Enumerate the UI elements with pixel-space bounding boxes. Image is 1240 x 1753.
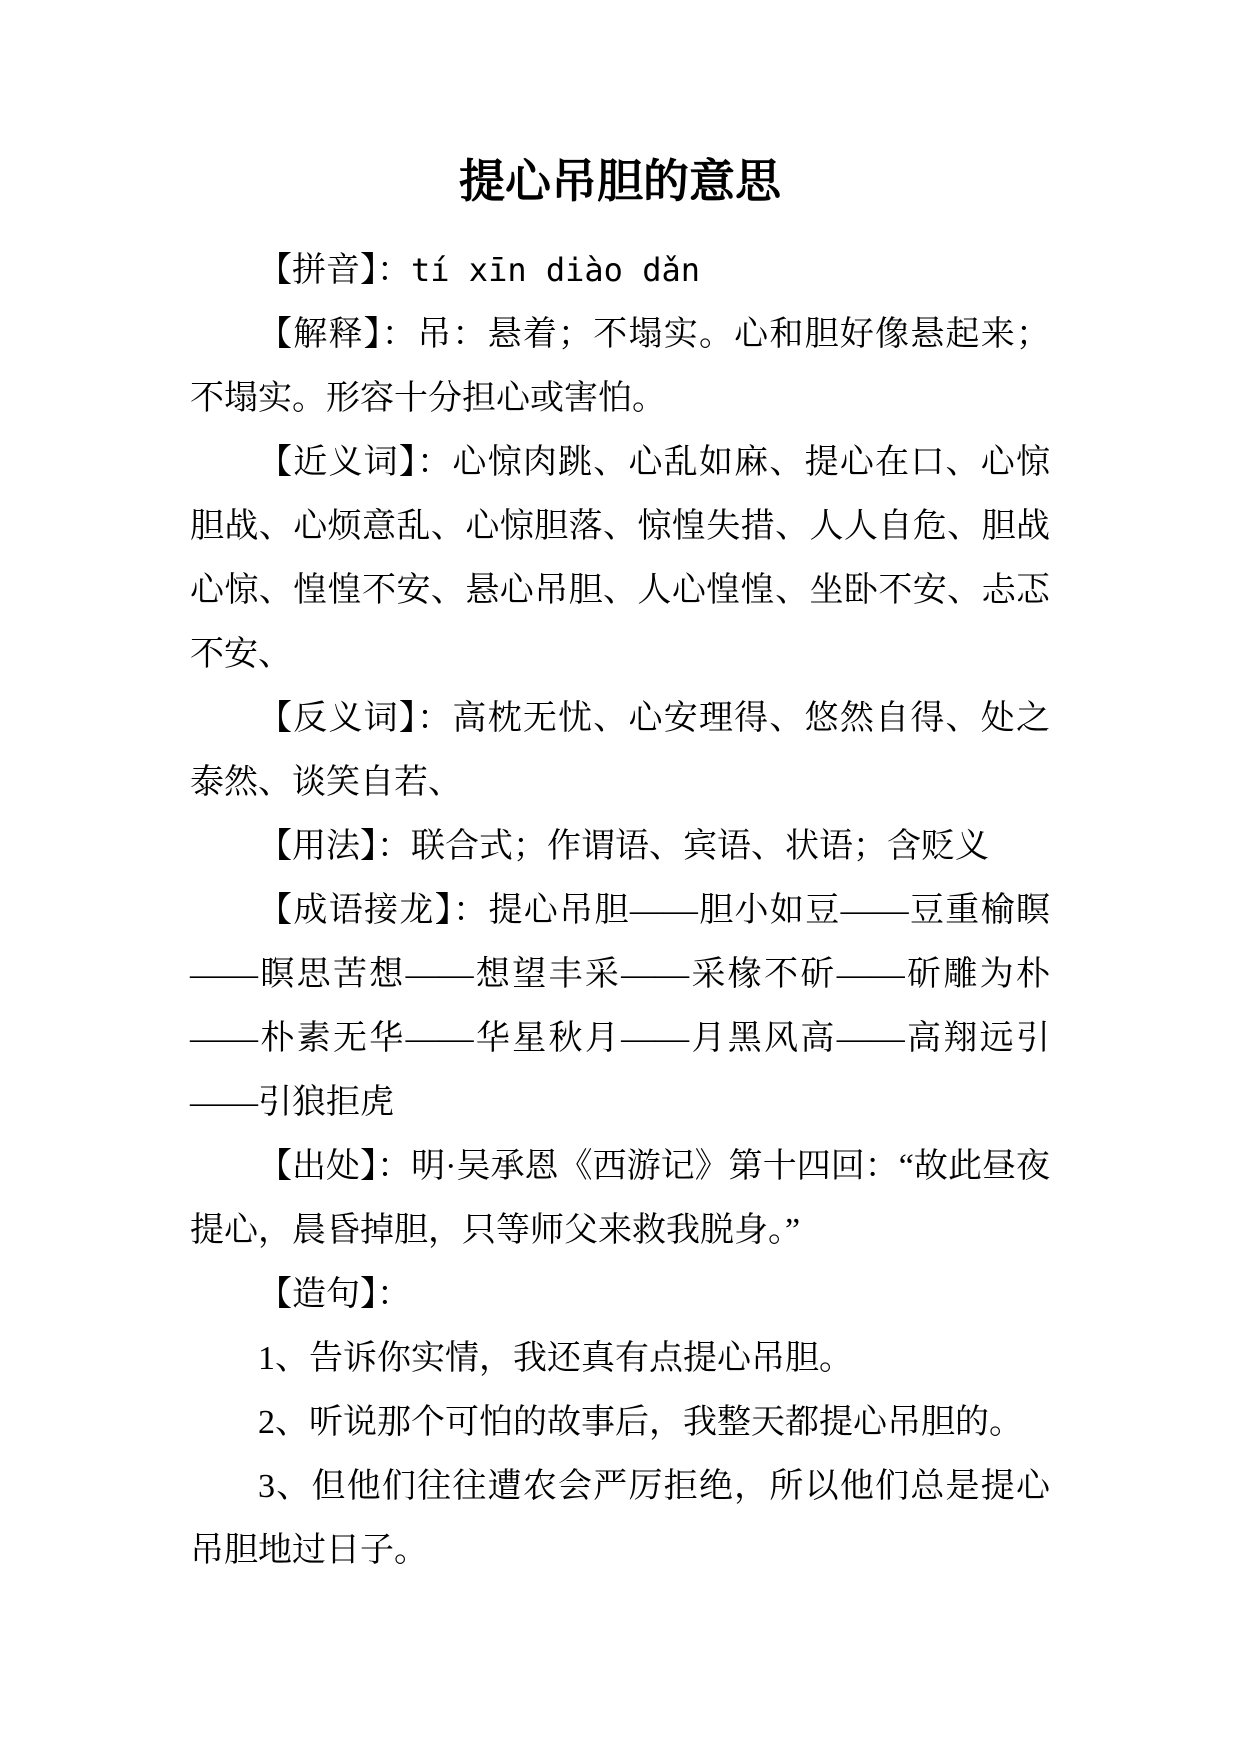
paragraph-source: 【出处】：明·吴承恩《西游记》第十四回：“故此昼夜提心，晨昏掉胆，只等师父来救我… <box>190 1135 1050 1263</box>
pinyin-value: tí xīn diào dǎn <box>411 251 700 289</box>
paragraph-sentence-1: 1、告诉你实情，我还真有点提心吊胆。 <box>190 1327 1050 1391</box>
paragraph-sentences-label: 【造句】： <box>190 1263 1050 1327</box>
paragraph-sentence-3: 3、但他们往往遭农会严厉拒绝，所以他们总是提心吊胆地过日子。 <box>190 1455 1050 1583</box>
pinyin-label: 【拼音】： <box>258 252 411 289</box>
paragraph-idiom-chain: 【成语接龙】：提心吊胆——胆小如豆——豆重榆瞑——瞑思苦想——想望丰采——采椽不… <box>190 879 1050 1135</box>
paragraph-synonyms: 【近义词】：心惊肉跳、心乱如麻、提心在口、心惊胆战、心烦意乱、心惊胆落、惊惶失措… <box>190 431 1050 687</box>
paragraph-sentence-2: 2、听说那个可怕的故事后，我整天都提心吊胆的。 <box>190 1391 1050 1455</box>
paragraph-explanation: 【解释】：吊：悬着；不塌实。心和胆好像悬起来；不塌实。形容十分担心或害怕。 <box>190 303 1050 431</box>
document-page: 提心吊胆的意思 【拼音】：tí xīn diào dǎn 【解释】：吊：悬着；不… <box>0 0 1240 1753</box>
paragraph-usage: 【用法】：联合式；作谓语、宾语、状语；含贬义 <box>190 815 1050 879</box>
document-content: 提心吊胆的意思 【拼音】：tí xīn diào dǎn 【解释】：吊：悬着；不… <box>190 150 1050 1583</box>
paragraph-antonyms: 【反义词】：高枕无忧、心安理得、悠然自得、处之泰然、谈笑自若、 <box>190 687 1050 815</box>
page-title: 提心吊胆的意思 <box>190 150 1050 212</box>
paragraph-pinyin: 【拼音】：tí xīn diào dǎn <box>190 238 1050 303</box>
